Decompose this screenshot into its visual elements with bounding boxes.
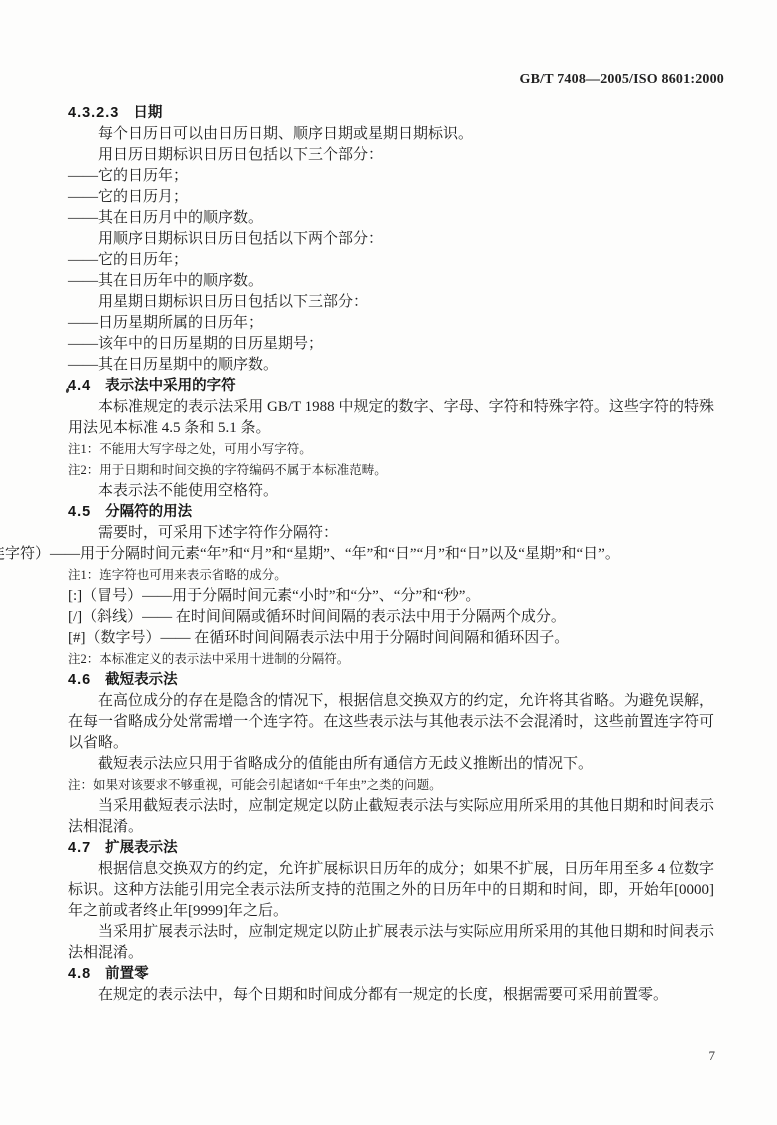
separator-definition-colon: [:]（冒号）——用于分隔时间元素“小时”和“分”、“分”和“秒”。 (68, 586, 714, 607)
dash-list-item: ——该年中的日历星期的日历星期号； (68, 334, 714, 355)
section-number: 4.6 (68, 672, 91, 688)
dash-list-item: ——它的日历月； (68, 187, 714, 208)
section-title: 分隔符的用法 (105, 504, 192, 520)
section-heading-characters: 4.4表示法中采用的字符 (68, 376, 714, 397)
paragraph: 根据信息交换双方的约定，允许扩展标识日历年的成分；如果不扩展，日历年用至多 4 … (68, 859, 714, 922)
paragraph: 截短表示法应只用于省略成分的值能由所有通信方无歧义推断出的情况下。 (68, 754, 714, 775)
section-title: 前置零 (105, 966, 149, 982)
page-number: 7 (709, 1048, 716, 1064)
section-heading-leading-zero: 4.8前置零 (68, 964, 714, 985)
section-heading-date: 4.3.2.3日期 (68, 103, 714, 124)
section-number: 4.5 (68, 504, 91, 520)
paragraph: 在规定的表示法中，每个日期和时间成分都有一规定的长度，根据需要可采用前置零。 (68, 985, 714, 1006)
separator-definition-hash: [#]（数字号）—— 在循环时间间隔表示法中用于分隔时间间隔和循环因子。 (68, 628, 714, 649)
paragraph: 本标准规定的表示法采用 GB/T 1988 中规定的数字、字母、字符和特殊字符。… (68, 397, 714, 439)
section-heading-expanded: 4.7扩展表示法 (68, 838, 714, 859)
section-number: 4.4 (68, 378, 91, 394)
note: 注2：本标准定义的表示法中采用十进制的分隔符。 (68, 649, 714, 670)
dash-list-item: ——其在日历年中的顺序数。 (68, 271, 714, 292)
dash-list-item: ——它的日历年； (68, 250, 714, 271)
section-title: 扩展表示法 (105, 840, 178, 856)
paragraph: 本表示法不能使用空格符。 (68, 481, 714, 502)
note: 注：如果对该要求不够重视，可能会引起诸如“千年虫”之类的问题。 (68, 775, 714, 796)
section-title: 日期 (133, 105, 162, 121)
paragraph: 每个日历日可以由日历日期、顺序日期或星期日期标识。 (68, 124, 714, 145)
paragraph: 用星期日期标识日历日包括以下三部分： (68, 292, 714, 313)
section-title: 截短表示法 (105, 672, 178, 688)
section-number: 4.3.2.3 (68, 105, 119, 121)
paragraph: 需要时，可采用下述字符作分隔符： (68, 523, 714, 544)
note: 注1：不能用大写字母之处，可用小写字符。 (68, 439, 714, 460)
section-title: 表示法中采用的字符 (105, 378, 236, 394)
separator-definition-slash: [/]（斜线）—— 在时间间隔或循环时间间隔的表示法中用于分隔两个成分。 (68, 607, 714, 628)
paragraph: 当采用截短表示法时，应制定规定以防止截短表示法与实际应用所采用的其他日期和时间表… (68, 796, 714, 838)
running-header-standard-code: GB/T 7408—2005/ISO 8601:2000 (520, 72, 724, 88)
section-number: 4.8 (68, 966, 91, 982)
paragraph: 用日历日期标识日历日包括以下三个部分： (68, 145, 714, 166)
document-body: 4.3.2.3日期 每个日历日可以由日历日期、顺序日期或星期日期标识。 用日历日… (68, 103, 714, 1006)
dash-list-item: ——日历星期所属的日历年； (68, 313, 714, 334)
section-number: 4.7 (68, 840, 91, 856)
separator-definition-hyphen: [-]（连字符）——用于分隔时间元素“年”和“月”和“星期”、“年”和“日”“月… (68, 544, 714, 565)
document-page: GB/T 7408—2005/ISO 8601:2000 4.3.2.3日期 每… (0, 0, 777, 1125)
section-heading-separators: 4.5分隔符的用法 (68, 502, 714, 523)
section-heading-truncated: 4.6截短表示法 (68, 670, 714, 691)
note: 注1：连字符也可用来表示省略的成分。 (68, 565, 714, 586)
paragraph: 用顺序日期标识日历日包括以下两个部分： (68, 229, 714, 250)
paragraph: 当采用扩展表示法时，应制定规定以防止扩展表示法与实际应用所采用的其他日期和时间表… (68, 922, 714, 964)
dash-list-item: ——其在日历月中的顺序数。 (68, 208, 714, 229)
dash-list-item: ——其在日历星期中的顺序数。 (68, 355, 714, 376)
paragraph: 在高位成分的存在是隐含的情况下，根据信息交换双方的约定，允许将其省略。为避免误解… (68, 691, 714, 754)
dash-list-item: ——它的日历年； (68, 166, 714, 187)
note: 注2：用于日期和时间交换的字符编码不属于本标准范畴。 (68, 460, 714, 481)
